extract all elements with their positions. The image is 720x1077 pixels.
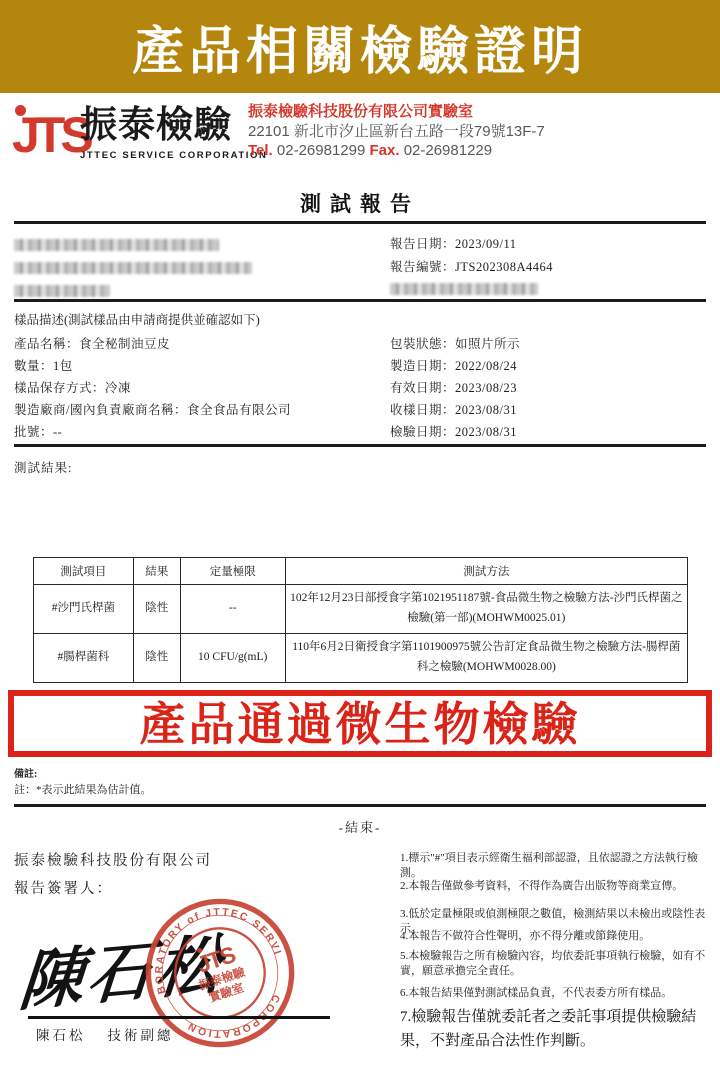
lab-name: 振泰檢驗科技股份有限公司實驗室 [248, 102, 545, 122]
cell-result: 陰性 [133, 585, 180, 634]
sample-row-batch: 批號：-- [14, 422, 62, 440]
tel-number: 02-26981299 [277, 142, 365, 159]
signer-title: 技術副總 [108, 1028, 174, 1043]
column-header-limit: 定量極限 [180, 558, 285, 585]
field-label: 有效日期： [390, 381, 455, 395]
signature-caption: 陳石松技術副總 [36, 1024, 174, 1044]
field-value: 如照片所示 [455, 337, 520, 351]
results-section-label: 測試結果: [14, 458, 72, 476]
column-header-method: 測試方法 [285, 558, 687, 585]
company-phone-line: Tel. 02-26981299 Fax. 02-26981229 [248, 141, 545, 161]
field-value: 冷凍 [105, 381, 131, 395]
report-date-label: 報告日期： [390, 237, 455, 251]
cell-limit: -- [180, 585, 285, 634]
column-header-result: 結果 [133, 558, 180, 585]
company-address: 22101 新北市汐止區新台五路一段79號13F-7 [248, 122, 545, 142]
sample-row-storage: 樣品保存方式：冷凍 [14, 378, 131, 396]
report-number-row: 報告編號：JTS202308A4464 [390, 257, 553, 275]
table-header-row: 測試項目 結果 定量極限 測試方法 [34, 558, 688, 585]
report-title: 測試報告 [0, 188, 720, 218]
signer-label: 報告簽署人： [14, 877, 113, 898]
report-number-value: JTS202308A4464 [455, 260, 553, 274]
sample-row-expiry-date: 有效日期：2023/08/23 [390, 378, 517, 396]
cell-method: 110年6月2日衛授食字第1101900975號公告訂定食品微生物之檢驗方法-腸… [285, 634, 687, 683]
column-header-item: 測試項目 [34, 558, 134, 585]
table-row: #腸桿菌科 陰性 10 CFU/g(mL) 110年6月2日衛授食字第11019… [34, 634, 688, 683]
divider [14, 221, 706, 224]
footer-note: 5.本檢驗報告之所有檢驗內容，均依委託事項執行檢驗，如有不實，願意承擔完全責任。 [400, 949, 712, 979]
field-label: 批號： [14, 425, 53, 439]
field-label: 數量： [14, 359, 53, 373]
cell-method: 102年12月23日部授食字第1021951187號-食品微生物之檢驗方法-沙門… [285, 585, 687, 634]
field-value: 2023/08/31 [455, 403, 517, 417]
footer-note: 1.標示"#"項目表示經衛生福利部認證，且依認證之方法執行檢測。 [400, 851, 712, 881]
fax-number: 02-26981229 [404, 142, 492, 159]
brand-block: 振泰檢驗 JTTEC SERVICE CORPORATION [80, 103, 267, 161]
field-label: 產品名稱： [14, 337, 79, 351]
sample-row-quantity: 數量：1包 [14, 356, 73, 374]
brand-subtitle: JTTEC SERVICE CORPORATION [80, 150, 267, 161]
test-report-page: 產品相關檢驗證明 JTS 振泰檢驗 JTTEC SERVICE CORPORAT… [0, 0, 720, 1077]
sample-row-test-date: 檢驗日期：2023/08/31 [390, 422, 517, 440]
redacted-report-line [390, 281, 538, 296]
field-label: 樣品保存方式： [14, 381, 105, 395]
header-banner: 產品相關檢驗證明 [0, 0, 720, 93]
results-table: 測試項目 結果 定量極限 測試方法 #沙門氏桿菌 陰性 -- 102年12月23… [33, 557, 688, 683]
cell-result: 陰性 [133, 634, 180, 683]
pass-banner-text: 產品通過微生物檢驗 [140, 701, 581, 747]
tel-label: Tel. [248, 142, 273, 159]
cell-test-item: #沙門氏桿菌 [34, 585, 134, 634]
cell-limit: 10 CFU/g(mL) [180, 634, 285, 683]
fax-label: Fax. [370, 142, 400, 159]
cell-test-item: #腸桿菌科 [34, 634, 134, 683]
sample-row-received-date: 收樣日期：2023/08/31 [390, 400, 517, 418]
end-marker: -結束- [0, 817, 720, 836]
footer-note: 6.本報告結果僅對測試樣品負責，不代表委方所有樣品。 [400, 986, 712, 1001]
divider [14, 804, 706, 807]
sample-row-product: 產品名稱：食全秘制油豆皮 [14, 334, 170, 352]
page-title: 產品相關檢驗證明 [132, 9, 588, 84]
field-label: 製造日期： [390, 359, 455, 373]
footer-note: 4.本報告不做符合性聲明，亦不得分離或節錄使用。 [400, 929, 712, 944]
field-value: 2023/08/23 [455, 381, 517, 395]
divider [14, 299, 706, 302]
footer-note: 2.本報告僅做參考資料，不得作為廣告出版物等商業宣傳。 [400, 879, 712, 894]
signer-name: 陳石松 [36, 1028, 86, 1043]
remark-label: 備註: [14, 765, 37, 780]
brand-name: 振泰檢驗 [80, 103, 267, 147]
field-label: 包裝狀態： [390, 337, 455, 351]
report-date-row: 報告日期：2023/09/11 [390, 234, 517, 252]
report-number-label: 報告編號： [390, 260, 455, 274]
field-value: 1包 [53, 359, 73, 373]
jts-logo: JTS [12, 103, 78, 167]
field-label: 檢驗日期： [390, 425, 455, 439]
redacted-client-line-2 [14, 260, 252, 275]
field-value: 食全食品有限公司 [187, 403, 291, 417]
footer-company-name: 振泰檢驗科技股份有限公司 [14, 849, 212, 870]
redacted-client-line-1 [14, 237, 219, 252]
field-value: 2022/08/24 [455, 359, 517, 373]
pass-banner: 產品通過微生物檢驗 [8, 690, 712, 757]
sample-description-header: 樣品描述(測試樣品由申請商提供並確認如下) [14, 310, 260, 328]
footer-note-7: 7.檢驗報告僅就委託者之委託事項提供檢驗結果，不對產品合法性作判斷。 [400, 1005, 712, 1053]
sample-row-mfg-date: 製造日期：2022/08/24 [390, 356, 517, 374]
redacted-client-line-3 [14, 283, 110, 298]
estimate-note: 註：*表示此結果為估計值。 [14, 781, 152, 797]
company-info: 振泰檢驗科技股份有限公司實驗室 22101 新北市汐止區新台五路一段79號13F… [248, 102, 545, 161]
table-row: #沙門氏桿菌 陰性 -- 102年12月23日部授食字第1021951187號-… [34, 585, 688, 634]
sample-row-manufacturer: 製造廠商/國內負責廠商名稱：食全食品有限公司 [14, 400, 291, 418]
field-value: 食全秘制油豆皮 [79, 337, 170, 351]
signature-line [28, 1016, 330, 1019]
sample-row-packaging: 包裝狀態：如照片所示 [390, 334, 520, 352]
divider [14, 444, 706, 447]
field-value: -- [53, 425, 62, 439]
field-label: 製造廠商/國內負責廠商名稱： [14, 403, 187, 417]
report-date-value: 2023/09/11 [455, 237, 516, 251]
jts-logo-text: JTS [12, 107, 89, 163]
field-label: 收樣日期： [390, 403, 455, 417]
logo-dot-icon [15, 105, 26, 116]
field-value: 2023/08/31 [455, 425, 517, 439]
